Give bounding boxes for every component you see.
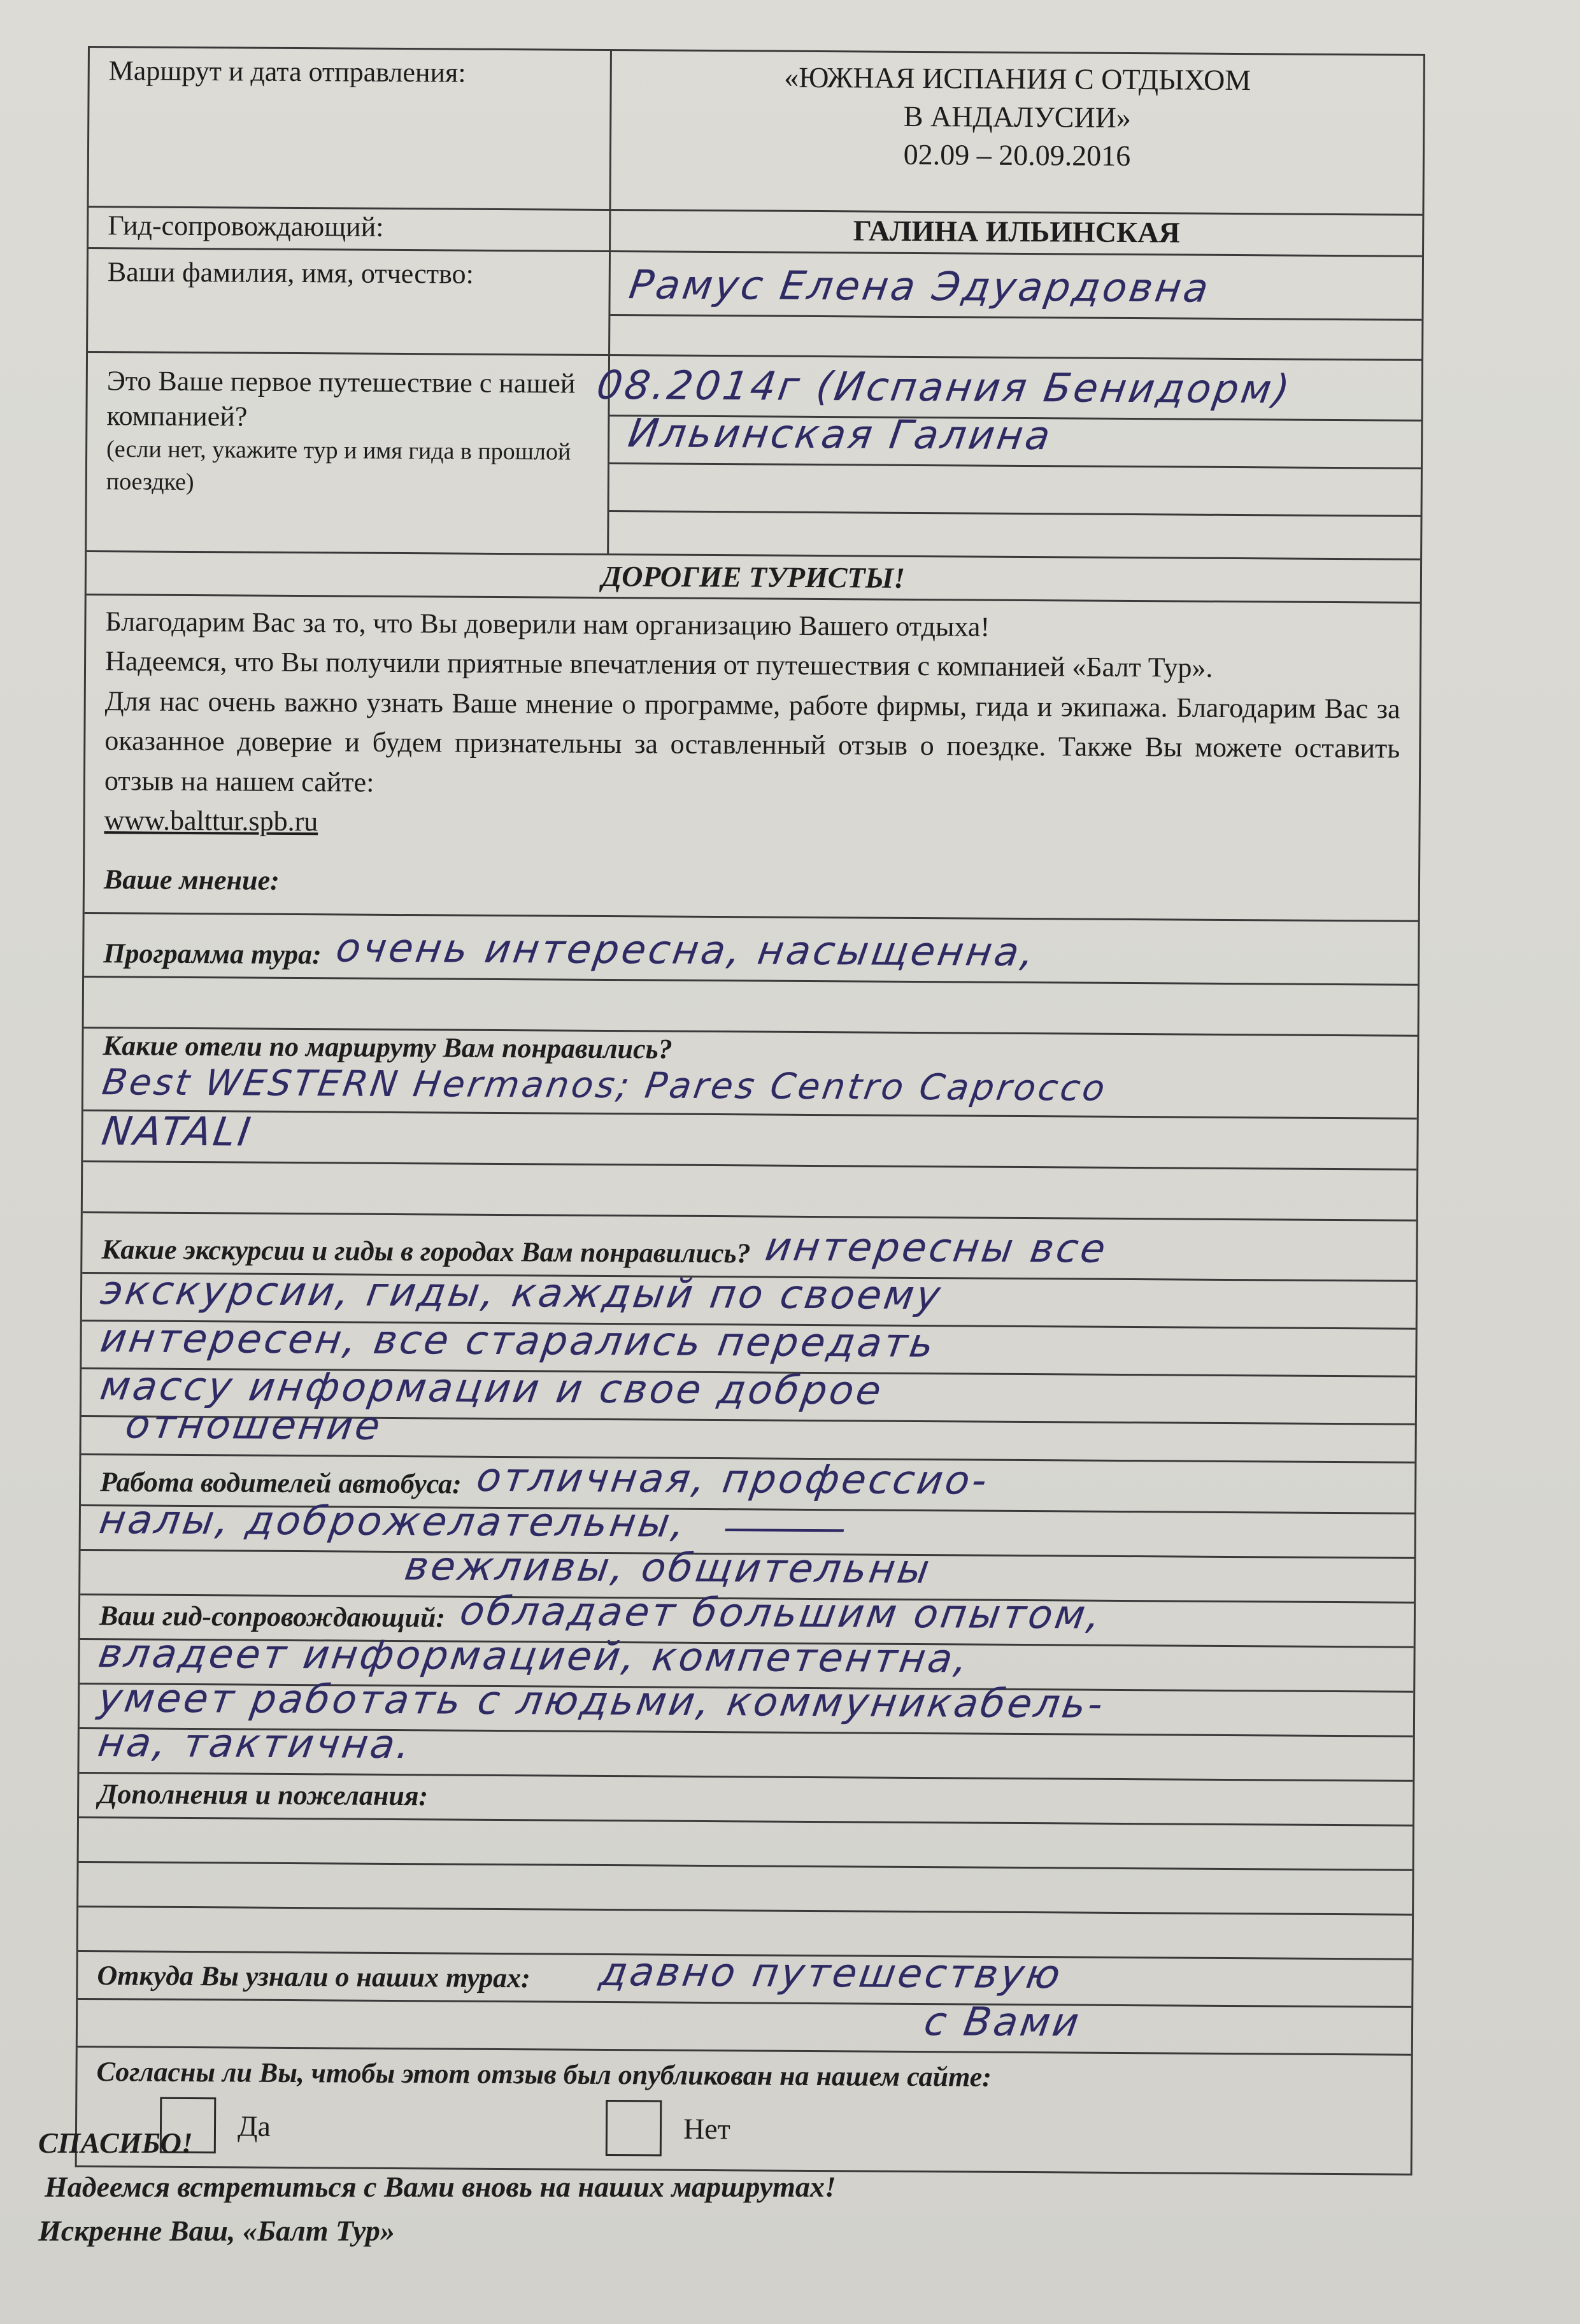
hotels-row-2[interactable]: NATALI — [83, 1111, 1416, 1171]
program-value: очень интересна, насыщенна, — [333, 925, 1040, 976]
guide-value-line3: на, тактична. — [95, 1719, 415, 1767]
source-label: Откуда Вы узнали о наших турах: — [97, 1959, 530, 1994]
hotels-value-line2: NATALI — [99, 1108, 255, 1155]
route-title-line1: «ЮЖНАЯ ИСПАНИЯ С ОТДЫХОМ — [625, 57, 1411, 100]
footer-thanks: СПАСИБО! — [38, 2121, 836, 2165]
program-label: Программа тура: — [103, 937, 322, 971]
fullname-field[interactable]: Рамус Елена Эдуардовна — [610, 252, 1422, 359]
opinion-heading: Ваше мнение: — [104, 860, 1399, 908]
route-title-line2: В АНДАЛУСИИ» — [624, 96, 1410, 138]
route-label: Маршрут и дата отправления: — [89, 48, 611, 209]
excursions-value-line1: экскурсии, гиды, каждый по своему — [98, 1267, 946, 1318]
drivers-label: Работа водителей автобуса: — [100, 1465, 462, 1500]
guide-value-line0: обладает большим опытом, — [457, 1588, 1106, 1638]
drivers-value-line0: отличная, профессио- — [473, 1454, 992, 1504]
first-trip-label-block: Это Ваше первое путешествие с нашей комп… — [87, 353, 610, 553]
wishes-row[interactable]: Дополнения и пожелания: — [79, 1774, 1413, 1827]
footer: СПАСИБО! Надеемся встретиться с Вами вно… — [38, 2121, 836, 2253]
consent-label: Согласны ли Вы, чтобы этот отзыв был опу… — [96, 2055, 1391, 2095]
intro-p3: Для нас очень важно узнать Ваше мнение о… — [104, 681, 1400, 809]
program-row[interactable]: Программа тура: очень интересна, насыщен… — [84, 914, 1418, 986]
wishes-row-3[interactable] — [78, 1863, 1412, 1916]
wishes-label: Дополнения и пожелания: — [98, 1778, 428, 1812]
source-row-2[interactable]: с Вами — [78, 2000, 1411, 2056]
guide-value-line1: владеет информацией, компетентна, — [96, 1630, 973, 1681]
route-dates: 02.09 – 20.09.2016 — [624, 134, 1410, 176]
fullname-value: Рамус Елена Эдуардовна — [626, 260, 1214, 313]
first-trip-row: Это Ваше первое путешествие с нашей комп… — [87, 353, 1421, 560]
footer-hope: Надеемся встретиться с Вами вновь на наш… — [45, 2165, 836, 2209]
source-row[interactable]: Откуда Вы узнали о наших турах: давно пу… — [78, 1952, 1411, 2008]
wishes-row-2[interactable] — [79, 1818, 1413, 1871]
footer-signature: Искренне Ваш, «Балт Тур» — [38, 2209, 836, 2253]
first-trip-value-line1: 08.2014г (Испания Бенидорм) — [594, 360, 1295, 413]
drivers-value-line2: вежливы, общительны — [402, 1543, 935, 1592]
excursions-label: Какие экскурсии и гиды в городах Вам пон… — [101, 1233, 750, 1269]
source-value-line1: давно путешествую — [597, 1948, 1065, 1997]
drivers-strikethrough — [723, 1512, 846, 1547]
first-trip-field[interactable]: 08.2014г (Испания Бенидорм) Ильинская Га… — [609, 356, 1421, 559]
hotels-row-3[interactable] — [83, 1162, 1416, 1222]
intro-row: Благодарим Вас за то, что Вы доверили на… — [85, 595, 1420, 922]
guide-label: Гид-сопровождающий: — [89, 208, 611, 250]
website-link[interactable]: www.balttur.spb.ru — [104, 805, 318, 838]
fullname-label: Ваши фамилия, имя, отчество: — [88, 249, 611, 354]
intro-heading: ДОРОГИЕ ТУРИСТЫ! — [87, 552, 1420, 604]
guide-feedback-label: Ваш гид-сопровождающий: — [99, 1599, 445, 1634]
source-value-line2: с Вами — [922, 1998, 1085, 2045]
excursions-value-line2: интересен, все старались передать — [97, 1315, 939, 1366]
route-value: «ЮЖНАЯ ИСПАНИЯ С ОТДЫХОМ В АНДАЛУСИИ» 02… — [611, 51, 1423, 214]
hotels-label: Какие отели по маршруту Вам понравились? — [103, 1029, 673, 1065]
drivers-value-line1: налы, доброжелательны, — [97, 1496, 691, 1546]
first-trip-label: Это Ваше первое путешествие с нашей комп… — [106, 363, 589, 436]
excursions-value-line0: интересны все — [762, 1223, 1111, 1272]
route-row: Маршрут и дата отправления: «ЮЖНАЯ ИСПАН… — [89, 48, 1423, 216]
guide-name: ГАЛИНА ИЛЬИНСКАЯ — [611, 211, 1422, 255]
feedback-form: Маршрут и дата отправления: «ЮЖНАЯ ИСПАН… — [75, 46, 1425, 2176]
guide-feedback-row-4[interactable]: на, тактична. — [79, 1729, 1413, 1782]
first-trip-hint: (если нет, укажите тур и имя гида в прош… — [106, 433, 589, 501]
fullname-row: Ваши фамилия, имя, отчество: Рамус Елена… — [88, 249, 1422, 361]
excursions-value-line4: отношение — [122, 1401, 385, 1449]
hotels-row[interactable]: Какие отели по маршруту Вам понравились?… — [83, 1029, 1418, 1120]
program-row-2[interactable] — [84, 978, 1418, 1037]
first-trip-value-line2: Ильинская Галина — [625, 408, 1056, 460]
intro-text: Благодарим Вас за то, что Вы доверили на… — [85, 595, 1420, 920]
hotels-value-line1: Best WESTERN Hermanos; Pares Centro Capr… — [99, 1062, 1110, 1109]
